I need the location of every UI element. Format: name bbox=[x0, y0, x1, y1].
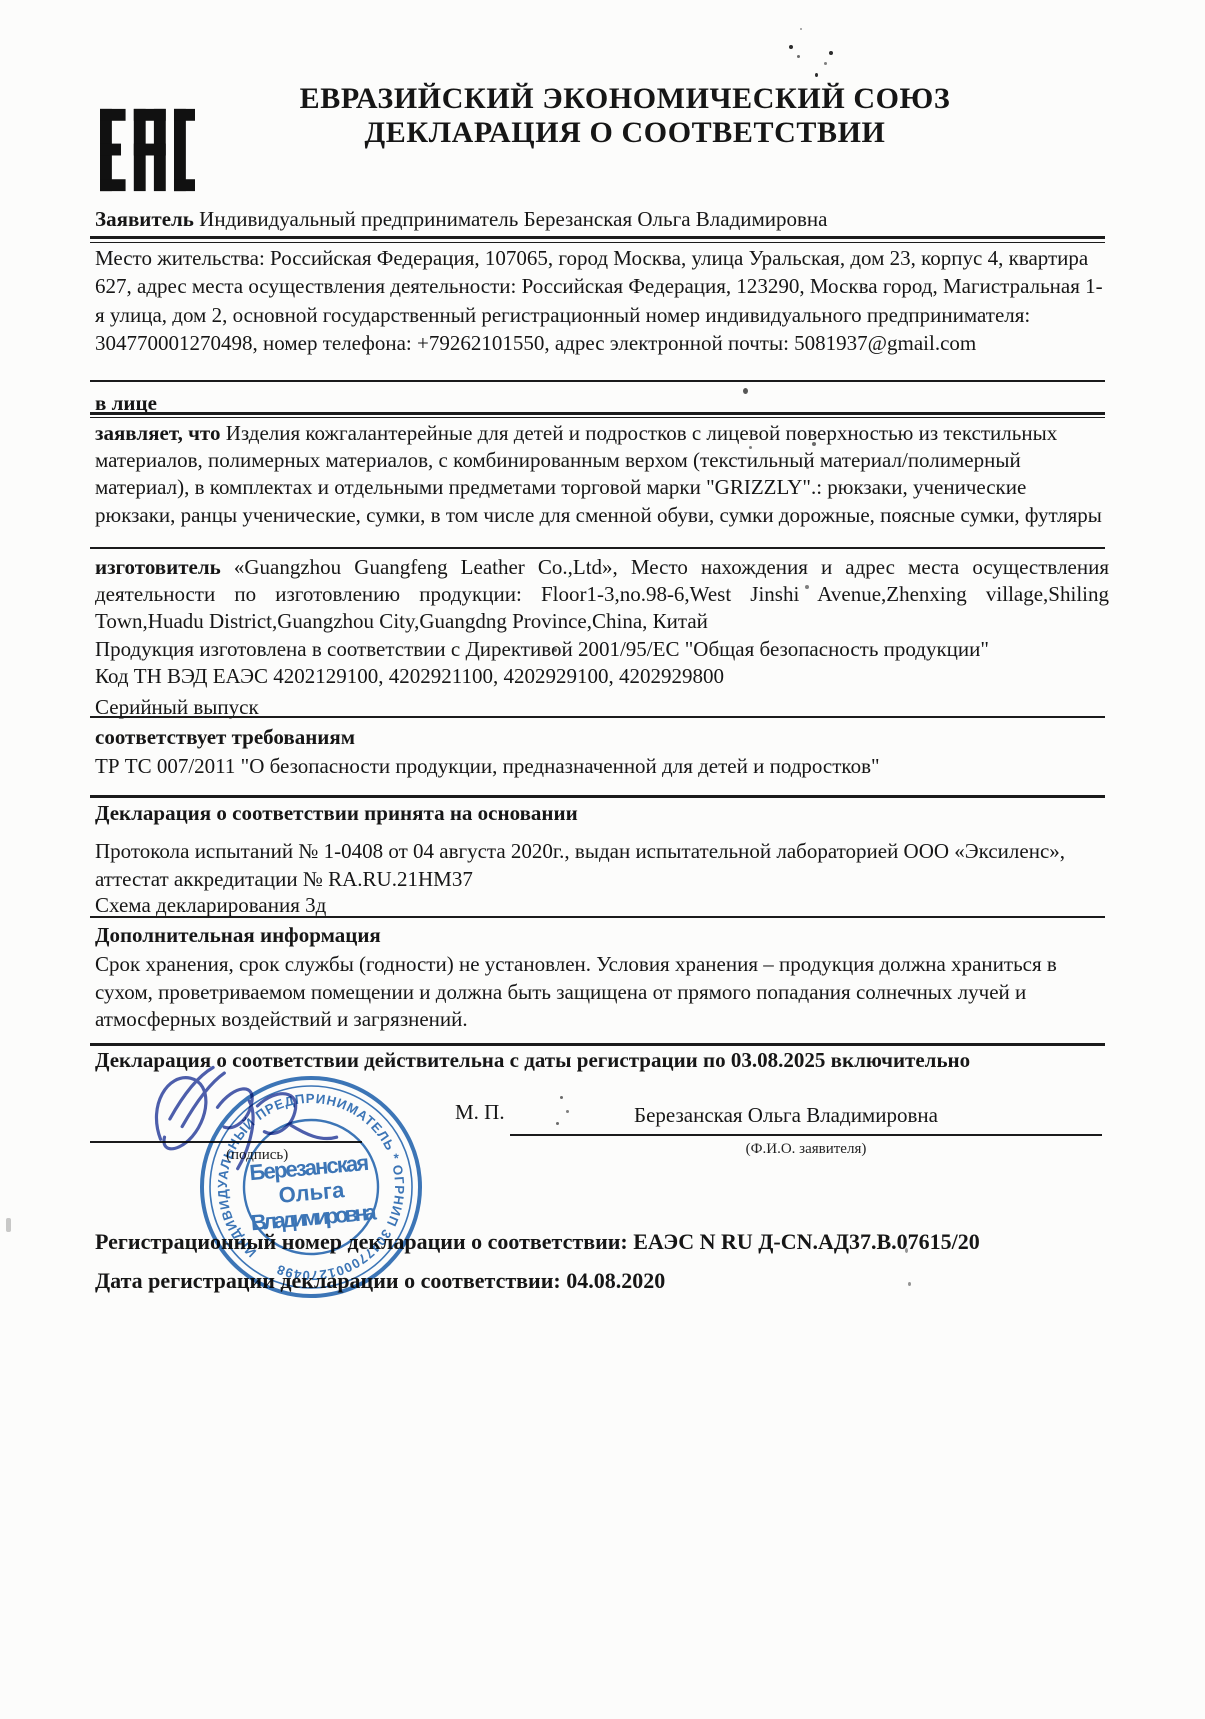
section-divider bbox=[90, 916, 1105, 918]
compliance-heading: соответствует требованиям bbox=[95, 724, 1109, 752]
section-divider bbox=[90, 716, 1105, 718]
document-page: ЕВРАЗИЙСКИЙ ЭКОНОМИЧЕСКИЙ СОЮЗ ДЕКЛАРАЦИ… bbox=[0, 0, 1205, 1719]
scan-artifact bbox=[566, 1110, 569, 1113]
scan-artifact bbox=[829, 51, 833, 55]
section-divider bbox=[90, 795, 1105, 798]
scan-artifact bbox=[905, 1248, 908, 1253]
scan-artifact bbox=[824, 62, 827, 65]
company-stamp: ИНДИВИДУАЛЬНЫЙ ПРЕДПРИНИМАТЕЛЬ * ОГРНИП … bbox=[186, 1062, 435, 1311]
scan-artifact bbox=[743, 388, 748, 394]
scan-artifact bbox=[749, 446, 752, 449]
scan-artifact bbox=[812, 442, 816, 446]
applicant-label: Заявитель bbox=[95, 207, 194, 231]
applicant-name-over-line: Березанская Ольга Владимировна bbox=[510, 1103, 1102, 1128]
test-protocol: Протокола испытаний № 1-0408 от 04 авгус… bbox=[95, 837, 1109, 893]
declares-label: заявляет, что bbox=[95, 421, 220, 445]
scan-artifact bbox=[553, 648, 557, 652]
applicant-details: Место жительства: Российская Федерация, … bbox=[95, 244, 1109, 357]
manufacturer-label: изготовитель bbox=[95, 555, 221, 579]
scan-artifact bbox=[815, 73, 818, 77]
section-divider bbox=[90, 236, 1105, 239]
additional-info-heading: Дополнительная информация bbox=[95, 922, 1109, 950]
scan-artifact bbox=[805, 585, 809, 589]
scan-artifact bbox=[797, 55, 800, 58]
scan-artifact bbox=[789, 45, 793, 49]
section-divider bbox=[90, 242, 1105, 243]
scan-artifact bbox=[6, 1218, 11, 1232]
manufacturer-info: «Guangzhou Guangfeng Leather Co.,Ltd», М… bbox=[95, 555, 1109, 633]
scan-artifact bbox=[806, 466, 809, 469]
scan-artifact bbox=[556, 1122, 559, 1125]
name-line bbox=[510, 1134, 1102, 1136]
scan-artifact bbox=[560, 1096, 563, 1099]
applicant-row: Заявитель Индивидуальный предприниматель… bbox=[95, 206, 1109, 234]
applicant-name: Индивидуальный предприниматель Березанск… bbox=[199, 207, 827, 231]
section-divider bbox=[90, 1043, 1105, 1046]
section-divider bbox=[90, 417, 1105, 418]
section-divider bbox=[90, 380, 1105, 382]
regulation-line: ТР ТС 007/2011 "О безопасности продукции… bbox=[95, 753, 1109, 781]
name-caption: (Ф.И.О. заявителя) bbox=[510, 1141, 1102, 1158]
title-declaration: ДЕКЛАРАЦИЯ О СООТВЕТСТВИИ bbox=[150, 116, 1100, 150]
basis-heading: Декларация о соответствии принята на осн… bbox=[95, 800, 1109, 828]
tn-ved-code: Код ТН ВЭД ЕАЭС 4202129100, 4202921100, … bbox=[95, 663, 1109, 691]
scan-artifact bbox=[800, 28, 802, 30]
additional-info-text: Срок хранения, срок службы (годности) не… bbox=[95, 951, 1109, 1034]
scan-artifact bbox=[908, 1282, 911, 1286]
section-divider bbox=[90, 547, 1105, 549]
declaration-statement: заявляет, что Изделия кожгалантерейные д… bbox=[95, 420, 1109, 529]
section-divider bbox=[90, 412, 1105, 415]
mp-label: М. П. bbox=[455, 1100, 505, 1125]
manufacturer-block: изготовитель «Guangzhou Guangfeng Leathe… bbox=[95, 554, 1109, 636]
directive-line: Продукция изготовлена в соответствии с Д… bbox=[95, 636, 1109, 664]
title-union: ЕВРАЗИЙСКИЙ ЭКОНОМИЧЕСКИЙ СОЮЗ bbox=[150, 82, 1100, 116]
product-description: Изделия кожгалантерейные для детей и под… bbox=[95, 421, 1102, 527]
stamp-patronymic: Владимировна bbox=[250, 1199, 378, 1235]
